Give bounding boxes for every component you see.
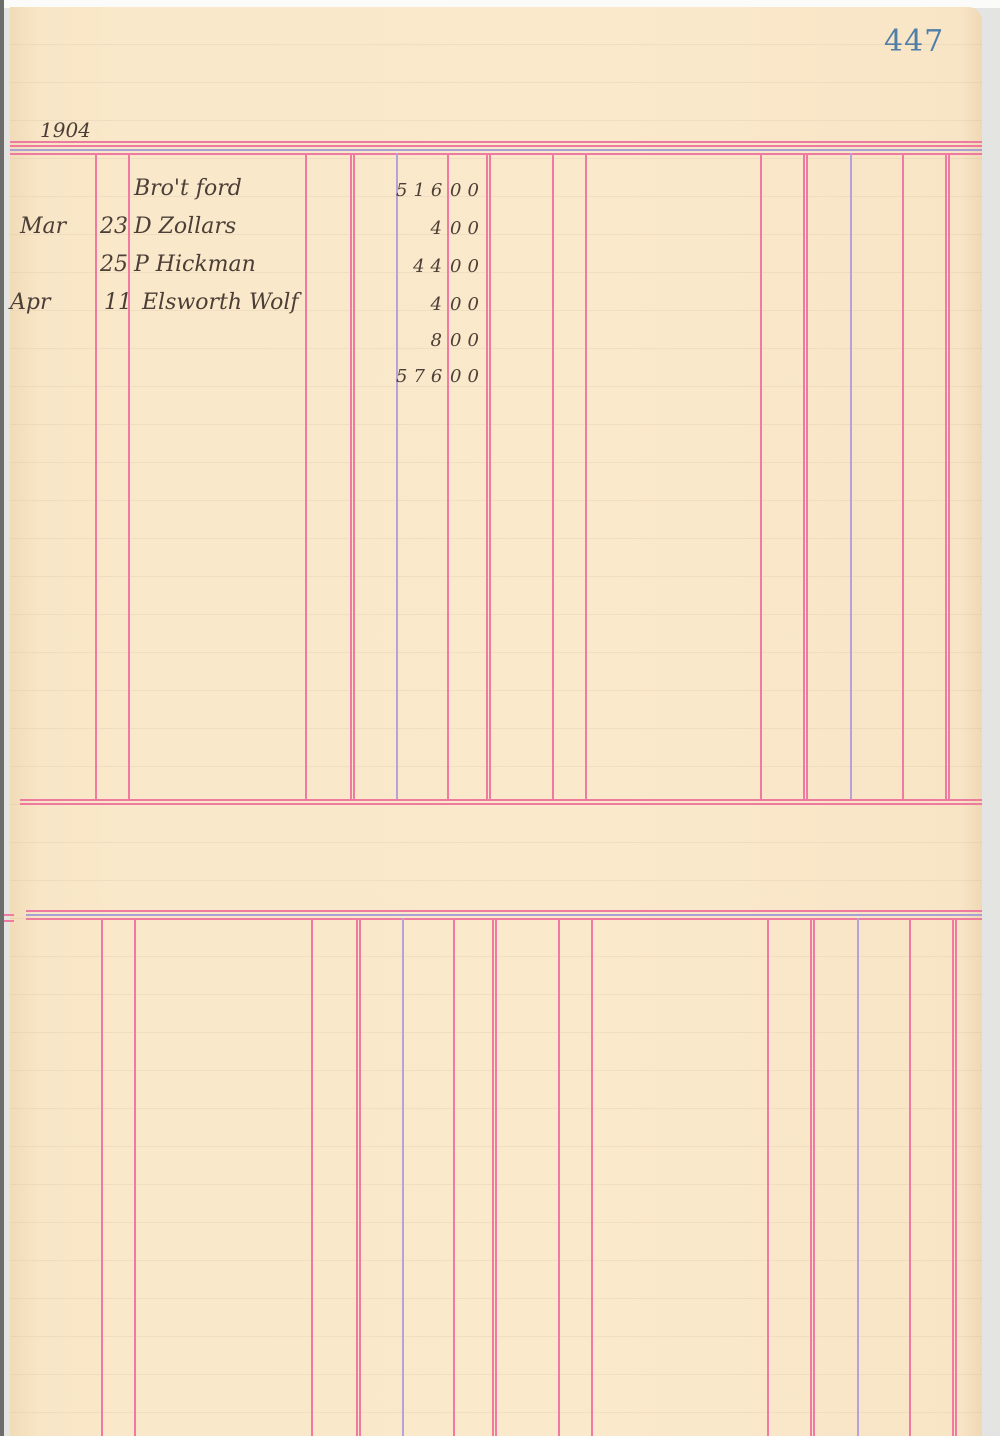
entry-amount-cents: 00 (450, 180, 486, 201)
pencil-amount-cents: 00 (450, 330, 486, 351)
entry-day: 11 (104, 290, 132, 315)
column-line (453, 918, 455, 1436)
column-line (492, 918, 494, 1436)
rule-line (20, 799, 982, 801)
entry-month: Apr (10, 290, 51, 315)
column-line (760, 153, 762, 800)
column-line (128, 153, 130, 800)
rule-line (20, 803, 982, 805)
column-line (305, 153, 307, 800)
column-line (558, 918, 560, 1436)
column-line (486, 153, 488, 800)
column-line (101, 918, 103, 1436)
scan-border-left (0, 0, 4, 1436)
entry-name: Elsworth Wolf (142, 290, 299, 315)
column-line (948, 153, 950, 800)
entry-amount-dollars: 4 (396, 294, 448, 315)
column-line (810, 918, 812, 1436)
column-line (359, 918, 361, 1436)
rule-line (10, 153, 982, 155)
column-line (396, 153, 398, 800)
column-line (945, 153, 947, 800)
column-line (356, 918, 358, 1436)
rule-line (26, 918, 982, 920)
column-line (585, 153, 587, 800)
rule-line (10, 145, 982, 147)
column-line (767, 918, 769, 1436)
column-line (902, 153, 904, 800)
column-line (909, 918, 911, 1436)
column-line (955, 918, 957, 1436)
entry-amount-cents: 00 (450, 256, 486, 277)
column-line (803, 153, 805, 800)
year-heading: 1904 (40, 118, 91, 142)
rule-line (26, 910, 982, 912)
column-line (350, 153, 352, 800)
column-line (806, 153, 808, 800)
column-line (813, 918, 815, 1436)
entry-amount-dollars: 4 (396, 218, 448, 239)
column-line (857, 918, 859, 1436)
entry-name: P Hickman (134, 252, 256, 277)
entry-amount-dollars: 44 (396, 256, 448, 277)
rule-line (26, 914, 982, 916)
page-number: 447 (884, 24, 944, 59)
column-line (552, 153, 554, 800)
column-line (402, 918, 404, 1436)
column-line (495, 918, 497, 1436)
entry-amount-dollars: 516 (396, 180, 448, 201)
column-line (591, 918, 593, 1436)
column-line (353, 153, 355, 800)
column-line (952, 918, 954, 1436)
column-line (95, 153, 97, 800)
pencil-total-dollars: 576 (396, 366, 448, 387)
rule-line (4, 920, 14, 922)
entry-amount-cents: 00 (450, 218, 486, 239)
column-line (134, 918, 136, 1436)
rule-line (10, 149, 982, 151)
entry-name: D Zollars (134, 214, 236, 239)
column-line (489, 153, 491, 800)
pencil-total-cents: 00 (450, 366, 486, 387)
rule-line (4, 914, 14, 916)
column-line (311, 918, 313, 1436)
entry-amount-cents: 00 (450, 294, 486, 315)
entry-day: 25 (100, 252, 128, 277)
pencil-amount-dollars: 8 (396, 330, 448, 351)
entry-name: Bro't ford (134, 176, 242, 201)
entry-month: Mar (20, 214, 66, 239)
entry-day: 23 (100, 214, 128, 239)
column-line (447, 153, 449, 800)
column-line (850, 153, 852, 800)
rule-line (10, 141, 982, 143)
